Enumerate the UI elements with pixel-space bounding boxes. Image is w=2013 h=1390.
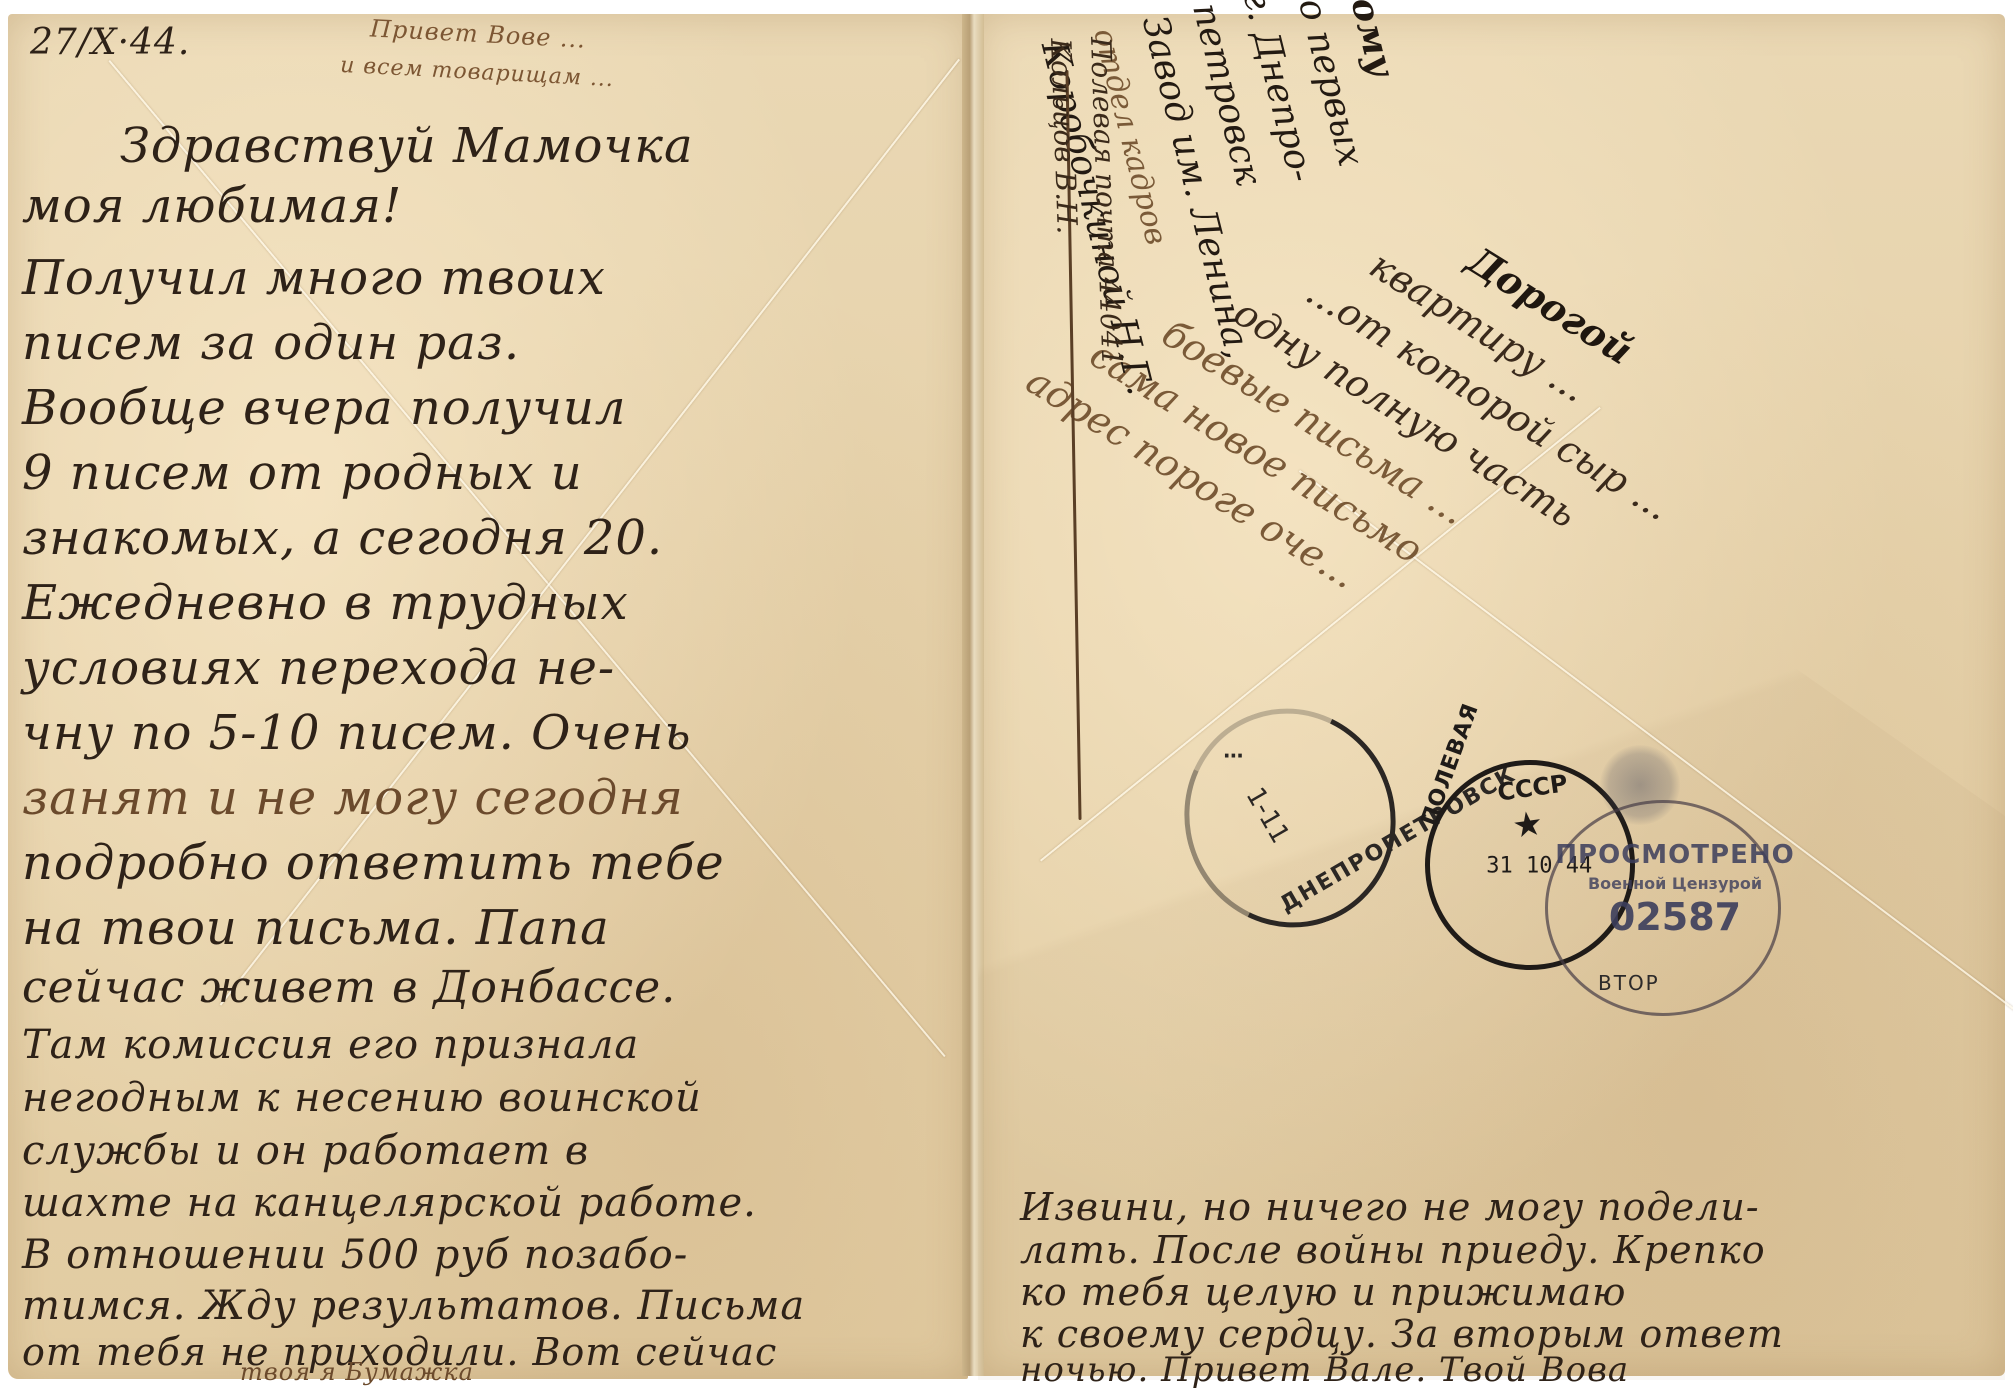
greeting-line: моя любимая! <box>22 178 402 234</box>
letter-line: писем за один раз. <box>22 315 520 371</box>
signature-line: ночью. Привет Вале. Твой Вова <box>1020 1350 1629 1390</box>
closing-line: Извини, но ничего не могу подели- <box>1020 1185 1760 1229</box>
letter-line: Там комиссия его признала <box>22 1022 639 1068</box>
letter-line: чну по 5-10 писем. Очень <box>22 705 692 761</box>
military-censor-stamp: ПРОСМОТРЕНО Военной Цензурой 02587 <box>1555 840 1795 939</box>
letter-line: условиях перехода не- <box>22 640 615 696</box>
letter-line: шахте на канцелярской работе. <box>22 1180 757 1226</box>
letter-line: тимся. Жду результатов. Письма <box>22 1283 805 1329</box>
closing-line: лать. После войны приеду. Крепко <box>1020 1228 1766 1272</box>
letter-line: 9 писем от родных и <box>22 445 583 501</box>
letter-line: Получил много твоих <box>22 250 606 306</box>
letter-line: твоя я Бумажка <box>240 1358 474 1386</box>
letter-line: негодным к несению воинской <box>22 1075 702 1121</box>
letter-line: сейчас живет в Донбассе. <box>22 962 676 1013</box>
letter-line: службы и он работает в <box>22 1128 589 1174</box>
letter-line: Ежедневно в трудных <box>22 575 629 631</box>
letter-line: В отношении 500 руб позабо- <box>22 1232 688 1278</box>
letter-line: знакомых, а сегодня 20. <box>22 510 663 566</box>
greeting-line: Здравствуй Мамочка <box>120 118 694 174</box>
star-icon: ★ <box>1510 803 1546 847</box>
closing-line: ко тебя целую и прижимаю <box>1020 1270 1627 1314</box>
letter-line: Вообще вчера получил <box>22 380 626 436</box>
letter-line: занят и не могу сегодня <box>22 770 684 826</box>
scanned-letter: 27/X·44. Привет Вове ... и всем товарища… <box>0 0 2013 1390</box>
letter-line: на твои письма. Папа <box>22 900 610 956</box>
letter-date: 27/X·44. <box>30 22 190 63</box>
letter-line: подробно ответить тебе <box>22 835 725 891</box>
